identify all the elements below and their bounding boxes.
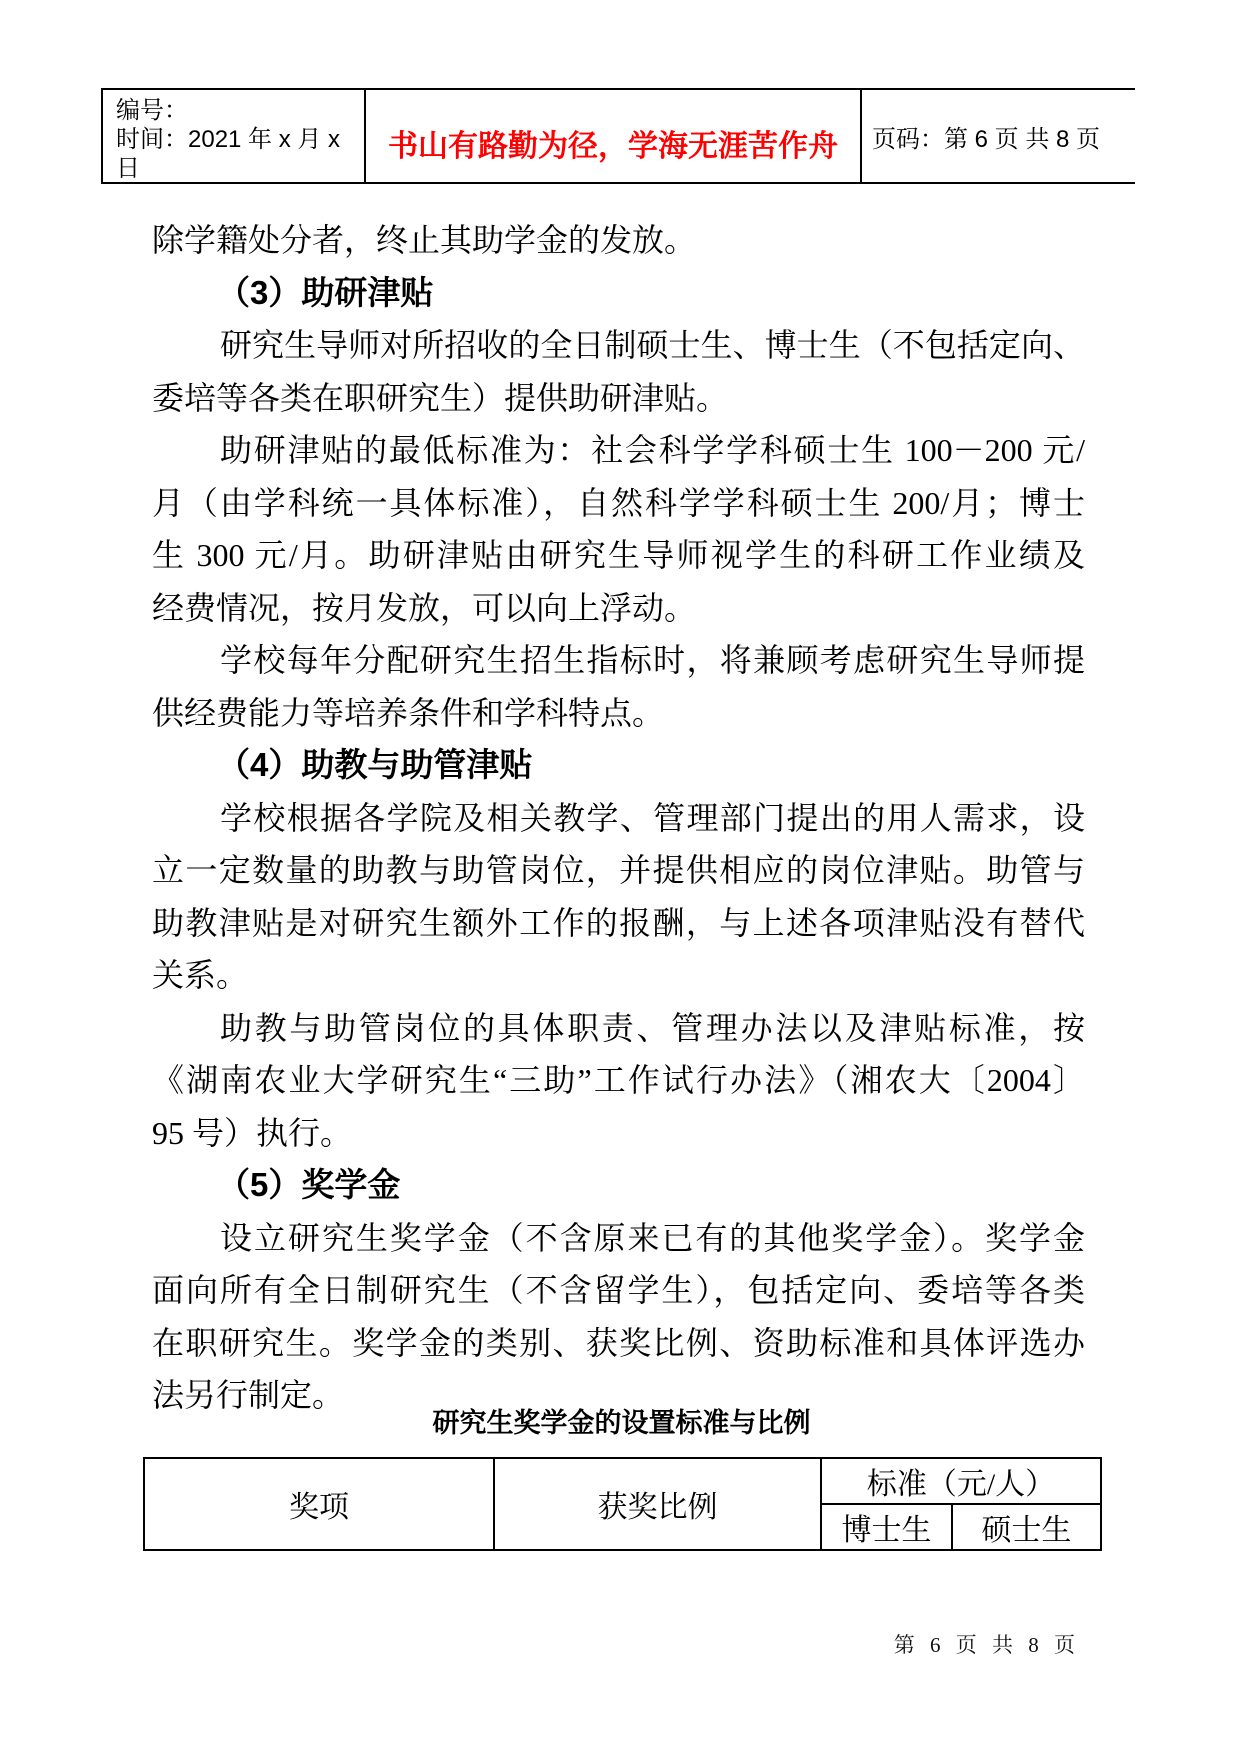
document-page: 编号： 时间：2021 年 x 月 x 日 书山有路勤为径，学海无涯苦作舟 页码… <box>0 0 1241 1755</box>
body-line: 设立研究生奖学金（不含原来已有的其他奖学金）。奖学金 <box>152 1212 1085 1265</box>
body-line: 关系。 <box>152 949 1085 1002</box>
footer-page-number: 第 6 页 共 8 页 <box>894 1629 1080 1659</box>
header-page-cell: 页码：第 6 页 共 8 页 <box>862 90 1135 182</box>
table-header-row: 奖项 获奖比例 标准（元/人） <box>144 1458 1101 1504</box>
body-line: 生 300 元/月。助研津贴由研究生导师视学生的科研工作业绩及 <box>152 529 1085 582</box>
body-line: 助教津贴是对研究生额外工作的报酬，与上述各项津贴没有替代 <box>152 897 1085 950</box>
header-meta-cell: 编号： 时间：2021 年 x 月 x 日 <box>103 90 366 182</box>
body-line: 立一定数量的助教与助管岗位，并提供相应的岗位津贴。助管与 <box>152 844 1085 897</box>
header-table: 编号： 时间：2021 年 x 月 x 日 书山有路勤为径，学海无涯苦作舟 页码… <box>101 88 1135 184</box>
section-heading: （4）助教与助管津贴 <box>152 739 1085 792</box>
body-text: 除学籍处分者，终止其助学金的发放。（3）助研津贴研究生导师对所招收的全日制硕士生… <box>152 214 1085 1422</box>
body-line: 面向所有全日制研究生（不含留学生），包括定向、委培等各类 <box>152 1264 1085 1317</box>
section-heading: （3）助研津贴 <box>152 267 1085 320</box>
body-line: 学校每年分配研究生招生指标时，将兼顾考虑研究生导师提 <box>152 634 1085 687</box>
header-slogan-cell: 书山有路勤为径，学海无涯苦作舟 <box>366 90 862 182</box>
section-heading: （5）奖学金 <box>152 1159 1085 1212</box>
body-line: 助研津贴的最低标准为：社会科学学科硕士生 100－200 元/ <box>152 424 1085 477</box>
body-line: 经费情况，按月发放，可以向上浮动。 <box>152 582 1085 635</box>
body-line: 95 号）执行。 <box>152 1107 1085 1160</box>
column-header-award: 奖项 <box>144 1458 494 1550</box>
scholarship-table: 奖项 获奖比例 标准（元/人） 博士生 硕士生 <box>143 1457 1102 1551</box>
column-header-standard: 标准（元/人） <box>821 1458 1101 1504</box>
body-line: 学校根据各学院及相关教学、管理部门提出的用人需求，设 <box>152 792 1085 845</box>
header-page-info: 页码：第 6 页 共 8 页 <box>872 119 1100 154</box>
body-line: 助教与助管岗位的具体职责、管理办法以及津贴标准，按 <box>152 1002 1085 1055</box>
header-number-label: 编号： <box>116 96 364 125</box>
body-line: 供经费能力等培养条件和学科特点。 <box>152 687 1085 740</box>
body-line: 研究生导师对所招收的全日制硕士生、博士生（不包括定向、 <box>152 319 1085 372</box>
body-line: 《湖南农业大学研究生“三助”工作试行办法》（湘农大〔2004〕 <box>152 1054 1085 1107</box>
column-header-master: 硕士生 <box>952 1504 1101 1550</box>
table-title: 研究生奖学金的设置标准与比例 <box>143 1406 1100 1440</box>
body-line: 除学籍处分者，终止其助学金的发放。 <box>152 214 1085 267</box>
body-line: 委培等各类在职研究生）提供助研津贴。 <box>152 372 1085 425</box>
body-line: 在职研究生。奖学金的类别、获奖比例、资助标准和具体评选办 <box>152 1317 1085 1370</box>
column-header-doctoral: 博士生 <box>821 1504 952 1550</box>
body-line: 月（由学科统一具体标准），自然科学学科硕士生 200/月；博士 <box>152 477 1085 530</box>
header-date-label: 时间：2021 年 x 月 x 日 <box>116 125 364 183</box>
column-header-ratio: 获奖比例 <box>494 1458 821 1550</box>
header-slogan-text: 书山有路勤为径，学海无涯苦作舟 <box>388 121 838 165</box>
